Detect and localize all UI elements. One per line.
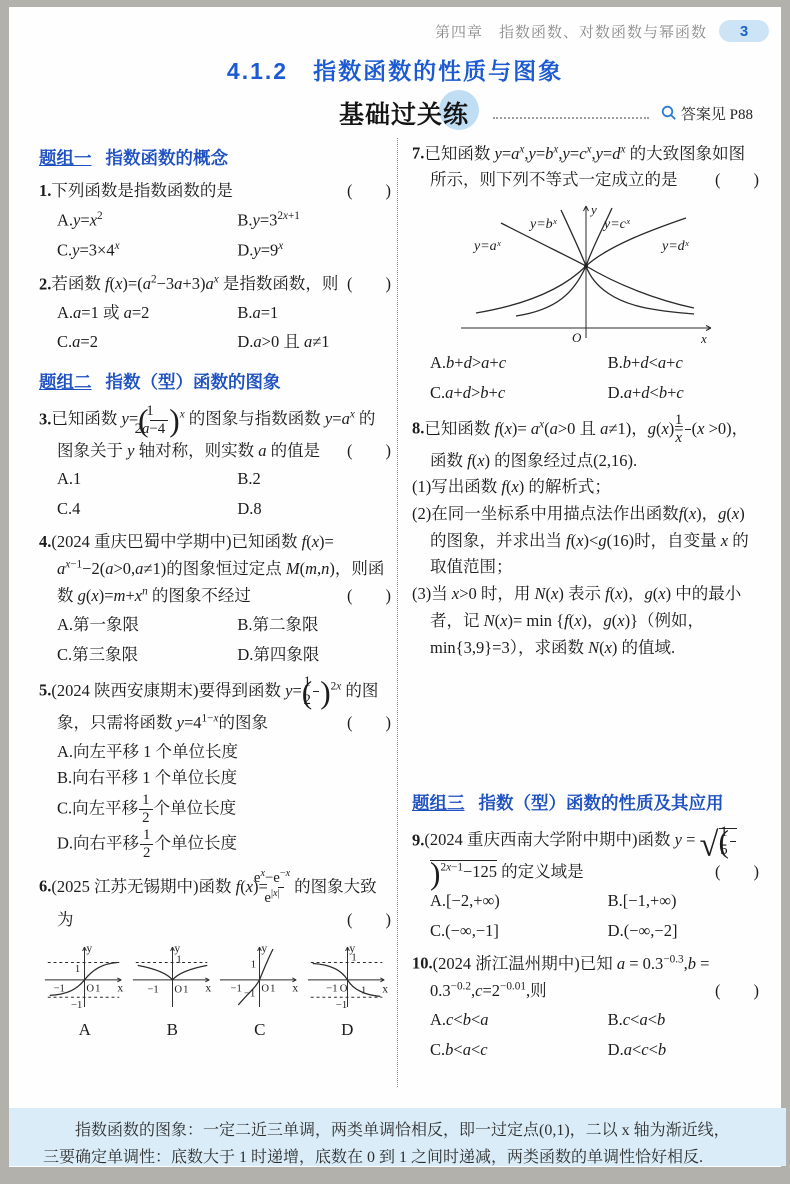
option: D.y=9x — [237, 237, 391, 264]
graph-A-sigmoid-increasing: y x O 1 −1 1 −1 — [42, 940, 127, 1014]
option: A.1 — [57, 466, 237, 493]
svg-text:y: y — [262, 942, 268, 955]
magnifier-icon — [661, 105, 677, 121]
svg-text:−1: −1 — [336, 1000, 347, 1011]
svg-text:y=aˣ: y=aˣ — [472, 239, 502, 254]
svg-text:1: 1 — [361, 986, 366, 997]
chapter-title: 第四章 指数函数、对数函数与幂函数 — [435, 21, 707, 42]
problem-8-part-1: (1)写出函数 f(x) 的解析式； — [412, 474, 759, 501]
svg-text:O: O — [174, 985, 182, 996]
svg-text:−1: −1 — [54, 984, 65, 995]
svg-text:1: 1 — [270, 984, 275, 995]
svg-text:y=cˣ: y=cˣ — [602, 217, 631, 232]
option: D.(−∞,−2] — [608, 918, 759, 945]
graph-B-cusp: y x O 1 −1 1 — [130, 940, 215, 1014]
option: C.4 — [57, 496, 237, 523]
option: B.y=32x+1 — [237, 207, 391, 234]
svg-text:y: y — [87, 942, 93, 955]
svg-text:−1: −1 — [326, 984, 337, 995]
graph-option-C: y x O 1 −1 1 −1 C — [216, 940, 304, 1044]
option: A.[−2,+∞) — [430, 888, 608, 915]
svg-text:1: 1 — [251, 959, 256, 970]
option: C.a+d>b+c — [430, 380, 608, 407]
problem-3: 3.已知函数 y=(12a−4)x 的图象与指数函数 y=ax 的图象关于 y … — [39, 403, 391, 523]
option: C.y=3×4x — [57, 237, 237, 264]
right-column: 7.已知函数 y=ax,y=bx,y=cx,y=dx 的大致图象如图所示，则下列… — [397, 138, 759, 1087]
graph-option-D: 1 y x −1 O 1 −1 D — [304, 940, 392, 1044]
option: C.第三象限 — [57, 642, 237, 669]
answer-ref-text: 答案见 P88 — [681, 103, 753, 124]
svg-text:x: x — [293, 982, 299, 995]
svg-text:−1: −1 — [71, 1000, 82, 1011]
option: B.c<a<b — [608, 1007, 759, 1034]
option: C.b<a<c — [430, 1037, 608, 1064]
option: A.c<b<a — [430, 1007, 608, 1034]
svg-text:O: O — [572, 330, 582, 345]
option: C.(−∞,−1] — [430, 918, 608, 945]
svg-text:O: O — [340, 984, 348, 995]
option: A.a=1 或 a=2 — [57, 300, 237, 327]
option: D.向右平移12个单位长度 — [57, 827, 391, 862]
graph-option-A: y x O 1 −1 1 −1 A — [41, 940, 129, 1044]
svg-text:−1: −1 — [244, 988, 255, 999]
svg-text:y: y — [589, 202, 597, 217]
svg-text:−1: −1 — [147, 985, 158, 996]
option: C.向左平移12个单位长度 — [57, 792, 391, 827]
option: D.第四象限 — [237, 642, 391, 669]
svg-text:O: O — [87, 984, 95, 995]
option: B.第二象限 — [237, 612, 391, 639]
page-number-badge: 3 — [719, 20, 769, 42]
option: A.b+d>a+c — [430, 350, 608, 377]
option: D.a+d<b+c — [608, 380, 759, 407]
group-3-heading: 题组三指数（型）函数的性质及其应用 — [412, 789, 759, 817]
svg-text:1: 1 — [95, 984, 100, 995]
dotted-leader — [493, 115, 649, 119]
option: D.a>0 且 a≠1 — [237, 329, 391, 356]
svg-text:y: y — [349, 942, 355, 955]
option: B.2 — [237, 466, 391, 493]
option: B.向右平移 1 个单位长度 — [57, 765, 391, 792]
problem-8-part-2: (2)在同一坐标系中用描点法作出函数f(x)，g(x) 的图象，并求出当 f(x… — [412, 501, 759, 581]
left-column: 题组一指数函数的概念 1.下列函数是指数函数的是( ) A.y=x2 B.y=3… — [39, 138, 397, 1087]
graph-option-B: y x O 1 −1 1 B — [129, 940, 217, 1044]
svg-text:x: x — [382, 983, 388, 996]
group-1-heading: 题组一指数函数的概念 — [39, 144, 391, 172]
page-header: 第四章 指数函数、对数函数与幂函数 3 — [435, 20, 769, 42]
option: B.[−1,+∞) — [608, 888, 759, 915]
graph-D-sigmoid-decreasing: 1 y x −1 O 1 −1 — [305, 940, 390, 1014]
problem-10: 10.(2024 浙江温州期中)已知 a = 0.3−0.3,b = 0.3−0… — [412, 950, 759, 1063]
option: A.向左平移 1 个单位长度 — [57, 739, 391, 766]
option: A.y=x2 — [57, 207, 237, 234]
svg-text:1: 1 — [176, 955, 181, 966]
graph-C-increasing: y x O 1 −1 1 −1 — [217, 940, 302, 1014]
answer-reference: 答案见 P88 — [661, 103, 753, 124]
problem-5: 5.(2024 陕西安康期末)要得到函数 y=(12)2x 的图象，只需将函数 … — [39, 674, 391, 862]
problem-7-exponential-curves-graph: y=bˣ y=cˣ y=aˣ y=dˣ O x y — [436, 198, 736, 348]
problem-6: 6.(2025 江苏无锡期中)函数 f(x)=ex−e−xe|x|的图象大致为(… — [39, 868, 391, 1043]
option: B.a=1 — [237, 300, 391, 327]
svg-text:−1: −1 — [231, 984, 242, 995]
svg-text:y=bˣ: y=bˣ — [528, 217, 558, 232]
section-title: 4.1.2 指数函数的性质与图象 — [9, 53, 781, 86]
problem-8-part-3: (3)当 x>0 时，用 N(x) 表示 f(x)，g(x) 中的最小者，记 N… — [412, 581, 759, 661]
group-2-heading: 题组二指数（型）函数的图象 — [39, 368, 391, 396]
option: D.8 — [237, 496, 391, 523]
footer-note: 指数函数的图象：一定二近三单调，两类单调恰相反，即一过定点(0,1)，二以 x … — [9, 1108, 786, 1166]
problem-4: 4.(2024 重庆巴蜀中学期中)已知函数 f(x)= ax−1−2(a>0,a… — [39, 529, 391, 669]
svg-text:1: 1 — [75, 964, 80, 975]
option: B.b+d<a+c — [608, 350, 759, 377]
svg-text:x: x — [205, 982, 211, 995]
problem-6-graph-options: y x O 1 −1 1 −1 A — [41, 940, 391, 1044]
option: C.a=2 — [57, 329, 237, 356]
svg-text:x: x — [700, 331, 707, 346]
problem-1: 1.下列函数是指数函数的是( ) A.y=x2 B.y=32x+1 C.y=3×… — [39, 178, 391, 264]
problem-9: 9.(2024 重庆西南大学附中期中)函数 y = √(15)2x−1−125 … — [412, 824, 759, 945]
scanned-page: 第四章 指数函数、对数函数与幂函数 3 4.1.2 指数函数的性质与图象 基础过… — [9, 7, 781, 1167]
banner-label: 基础过关练 — [339, 95, 469, 131]
problem-2: 2.若函数 f(x)=(a2−3a+3)ax 是指数函数，则( ) A.a=1 … — [39, 271, 391, 357]
problem-7: 7.已知函数 y=ax,y=bx,y=cx,y=dx 的大致图象如图所示，则下列… — [412, 140, 759, 406]
problem-8: 8.已知函数 f(x)= ax(a>0 且 a≠1)，g(x)=1x(x >0)… — [412, 412, 759, 661]
svg-text:O: O — [262, 984, 270, 995]
svg-text:1: 1 — [183, 985, 188, 996]
option: A.第一象限 — [57, 612, 237, 639]
svg-text:y=dˣ: y=dˣ — [660, 239, 690, 254]
practice-banner: 基础过关练 答案见 P88 — [49, 95, 753, 131]
svg-text:x: x — [118, 982, 124, 995]
svg-text:y: y — [174, 942, 180, 955]
option: D.a<c<b — [608, 1037, 759, 1064]
